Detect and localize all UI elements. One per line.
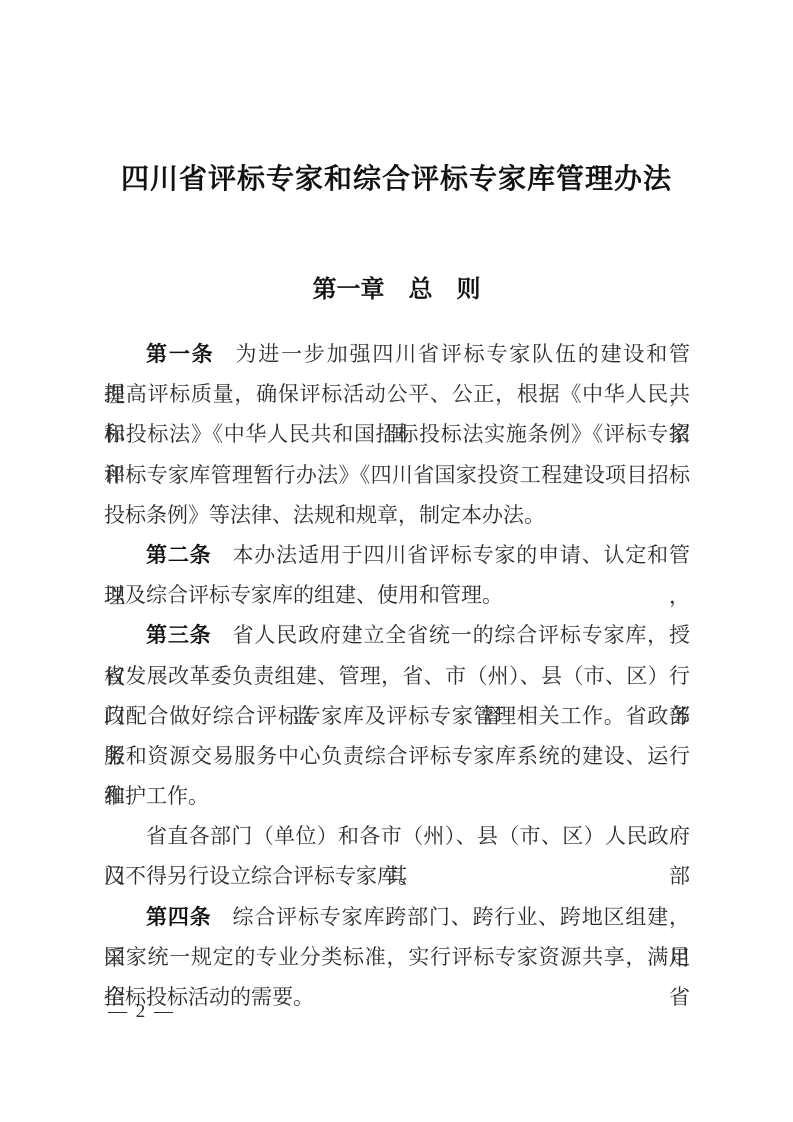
body-line: 省发展改革委负责组建、管理，省、市（州）、县（市、区）行政监督部 xyxy=(104,656,690,696)
body-line: 评标专家库管理暂行办法》《四川省国家投资工程建设项目招标 xyxy=(104,455,690,495)
body-line: 第三条省人民政府建立全省统一的综合评标专家库，授权 xyxy=(104,615,690,655)
body-line: 门配合做好综合评标专家库及评标专家管理相关工作。省政务服 xyxy=(104,696,690,736)
article-number: 第二条 xyxy=(146,544,211,567)
body-line: 国家统一规定的专业分类标准，实行评标专家资源共享，满足全省 xyxy=(104,937,690,977)
document-body: 第一条为进一步加强四川省评标专家队伍的建设和管理，提高评标质量，确保评标活动公平… xyxy=(104,334,690,1017)
body-line: 标投标法》《中华人民共和国招标投标法实施条例》《评标专家和 xyxy=(104,414,690,454)
body-line: 省直各部门（单位）和各市（州）、县（市、区）人民政府及其部 xyxy=(104,816,690,856)
body-line: 提高评标质量，确保评标活动公平、公正，根据《中华人民共和国招 xyxy=(104,374,690,414)
document-page: 四川省评标专家和综合评标专家库管理办法 第一章 总 则 第一条为进一步加强四川省… xyxy=(0,0,793,1122)
article-number: 第四条 xyxy=(146,906,211,929)
body-line: 投标条例》等法律、法规和规章，制定本办法。 xyxy=(104,495,690,535)
body-line: 第一条为进一步加强四川省评标专家队伍的建设和管理， xyxy=(104,334,690,374)
article-number: 第三条 xyxy=(146,624,211,647)
body-line: 维护工作。 xyxy=(104,776,690,816)
body-line: 务和资源交易服务中心负责综合评标专家库系统的建设、运行和 xyxy=(104,736,690,776)
body-line: 第二条本办法适用于四川省评标专家的申请、认定和管理， xyxy=(104,535,690,575)
document-title: 四川省评标专家和综合评标专家库管理办法 xyxy=(0,158,793,202)
page-number: — 2 — xyxy=(108,998,175,1026)
article-number: 第一条 xyxy=(146,343,214,366)
body-line: 第四条综合评标专家库跨部门、跨行业、跨地区组建，采用 xyxy=(104,897,690,937)
chapter-heading: 第一章 总 则 xyxy=(0,274,793,306)
